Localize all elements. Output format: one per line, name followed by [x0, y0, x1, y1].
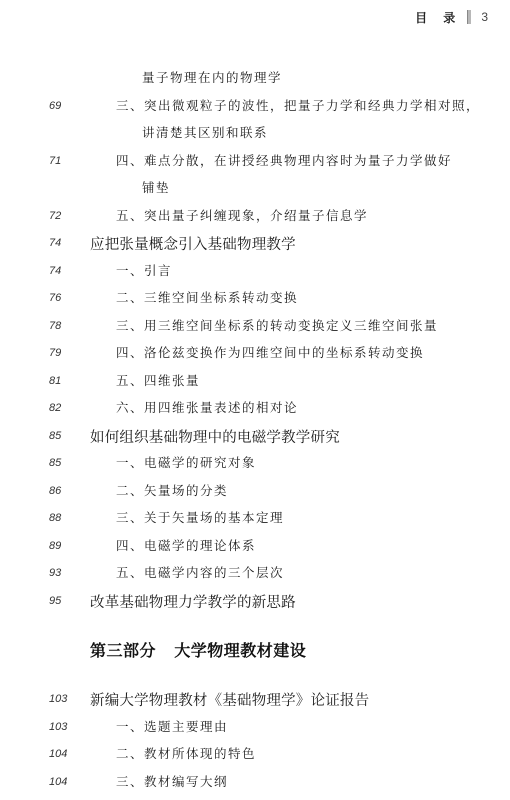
toc-page-number: 71	[49, 155, 61, 167]
toc-entry: 76二、三维空间坐标系转动变换	[0, 286, 510, 314]
toc-entry-title: 五、四维张量	[116, 371, 200, 389]
toc-entry-title: 五、突出量子纠缠现象，介绍量子信息学	[116, 206, 368, 224]
page-header: 目 录 3	[415, 8, 488, 26]
toc-page-number: 103	[49, 693, 67, 705]
toc-chapter: 85如何组织基础物理中的电磁学教学研究	[0, 424, 510, 452]
section-title: 目 录	[415, 9, 461, 26]
toc-page-number: 85	[49, 430, 61, 442]
toc-page-number: 76	[49, 292, 61, 304]
toc-entry-title: 六、用四维张量表述的相对论	[116, 398, 298, 416]
toc-chapter-title: 如何组织基础物理中的电磁学教学研究	[90, 426, 340, 447]
toc-page-number: 85	[49, 457, 61, 469]
toc-page-number: 79	[49, 347, 61, 359]
toc-entry-title: 四、电磁学的理论体系	[116, 536, 256, 554]
toc-entry: 74一、引言	[0, 259, 510, 287]
toc-page-number: 88	[49, 512, 61, 524]
toc-entry-title: 讲清楚其区别和联系	[142, 123, 268, 141]
toc-page-number: 95	[49, 595, 61, 607]
table-of-contents-part3: 103新编大学物理教材《基础物理学》论证报告 103一、选题主要理由 104二、…	[0, 687, 510, 797]
toc-page-number: 93	[49, 567, 61, 579]
toc-entry-title: 四、洛伦兹变换作为四维空间中的坐标系转动变换	[116, 343, 424, 361]
toc-entry-title: 三、关于矢量场的基本定理	[116, 508, 284, 526]
toc-entry-title: 四、难点分散，在讲授经典物理内容时为量子力学做好	[116, 151, 452, 169]
toc-entry: 93五、电磁学内容的三个层次	[0, 561, 510, 589]
toc-entry-title: 铺垫	[142, 178, 170, 196]
toc-entry-title: 五、电磁学内容的三个层次	[116, 563, 284, 581]
toc-page-number: 89	[49, 540, 61, 552]
toc-entry-title: 一、电磁学的研究对象	[116, 453, 256, 471]
table-of-contents: 量子物理在内的物理学 69三、突出微观粒子的波性，把量子力学和经典力学相对照， …	[0, 66, 510, 616]
page-number: 3	[481, 10, 488, 24]
toc-entry: 78三、用三维空间坐标系的转动变换定义三维空间张量	[0, 314, 510, 342]
toc-page-number: 74	[49, 265, 61, 277]
toc-chapter: 103新编大学物理教材《基础物理学》论证报告	[0, 687, 510, 715]
toc-entry: 71四、难点分散，在讲授经典物理内容时为量子力学做好	[0, 149, 510, 177]
toc-entry: 85一、电磁学的研究对象	[0, 451, 510, 479]
toc-entry: 104二、教材所体现的特色	[0, 742, 510, 770]
toc-page-number: 86	[49, 485, 61, 497]
part-heading: 第三部分 大学物理教材建设	[90, 638, 306, 661]
toc-entry-title: 三、教材编写大纲	[116, 772, 228, 790]
toc-entry: 86二、矢量场的分类	[0, 479, 510, 507]
toc-entry: 88三、关于矢量场的基本定理	[0, 506, 510, 534]
toc-entry-title: 二、矢量场的分类	[116, 481, 228, 499]
toc-entry-title: 三、用三维空间坐标系的转动变换定义三维空间张量	[116, 316, 438, 334]
toc-page-number: 72	[49, 210, 61, 222]
toc-entry-title: 量子物理在内的物理学	[142, 68, 282, 86]
toc-entry: 89四、电磁学的理论体系	[0, 534, 510, 562]
toc-page-number: 104	[49, 776, 67, 788]
toc-page-number: 82	[49, 402, 61, 414]
header-separator	[467, 10, 471, 24]
toc-entry: 量子物理在内的物理学	[0, 66, 510, 94]
toc-page-number: 69	[49, 100, 61, 112]
toc-chapter-title: 改革基础物理力学教学的新思路	[90, 591, 296, 612]
toc-chapter: 95改革基础物理力学教学的新思路	[0, 589, 510, 617]
toc-entry: 103一、选题主要理由	[0, 715, 510, 743]
toc-page-number: 104	[49, 748, 67, 760]
toc-entry-title: 一、选题主要理由	[116, 717, 228, 735]
toc-chapter-title: 应把张量概念引入基础物理教学	[90, 233, 296, 254]
toc-page-number: 78	[49, 320, 61, 332]
toc-entry: 104三、教材编写大纲	[0, 770, 510, 798]
toc-entry-title: 二、教材所体现的特色	[116, 744, 256, 762]
toc-entry: 81五、四维张量	[0, 369, 510, 397]
toc-entry: 82六、用四维张量表述的相对论	[0, 396, 510, 424]
toc-chapter-title: 新编大学物理教材《基础物理学》论证报告	[90, 689, 369, 710]
toc-page-number: 81	[49, 375, 61, 387]
toc-entry: 讲清楚其区别和联系	[0, 121, 510, 149]
toc-entry: 铺垫	[0, 176, 510, 204]
toc-entry-title: 二、三维空间坐标系转动变换	[116, 288, 298, 306]
toc-entry-title: 一、引言	[116, 261, 172, 279]
toc-page-number: 103	[49, 721, 67, 733]
toc-chapter: 74应把张量概念引入基础物理教学	[0, 231, 510, 259]
toc-entry-title: 三、突出微观粒子的波性，把量子力学和经典力学相对照，	[116, 96, 480, 114]
toc-page-number: 74	[49, 237, 61, 249]
toc-entry: 79四、洛伦兹变换作为四维空间中的坐标系转动变换	[0, 341, 510, 369]
toc-entry: 69三、突出微观粒子的波性，把量子力学和经典力学相对照，	[0, 94, 510, 122]
toc-entry: 72五、突出量子纠缠现象，介绍量子信息学	[0, 204, 510, 232]
